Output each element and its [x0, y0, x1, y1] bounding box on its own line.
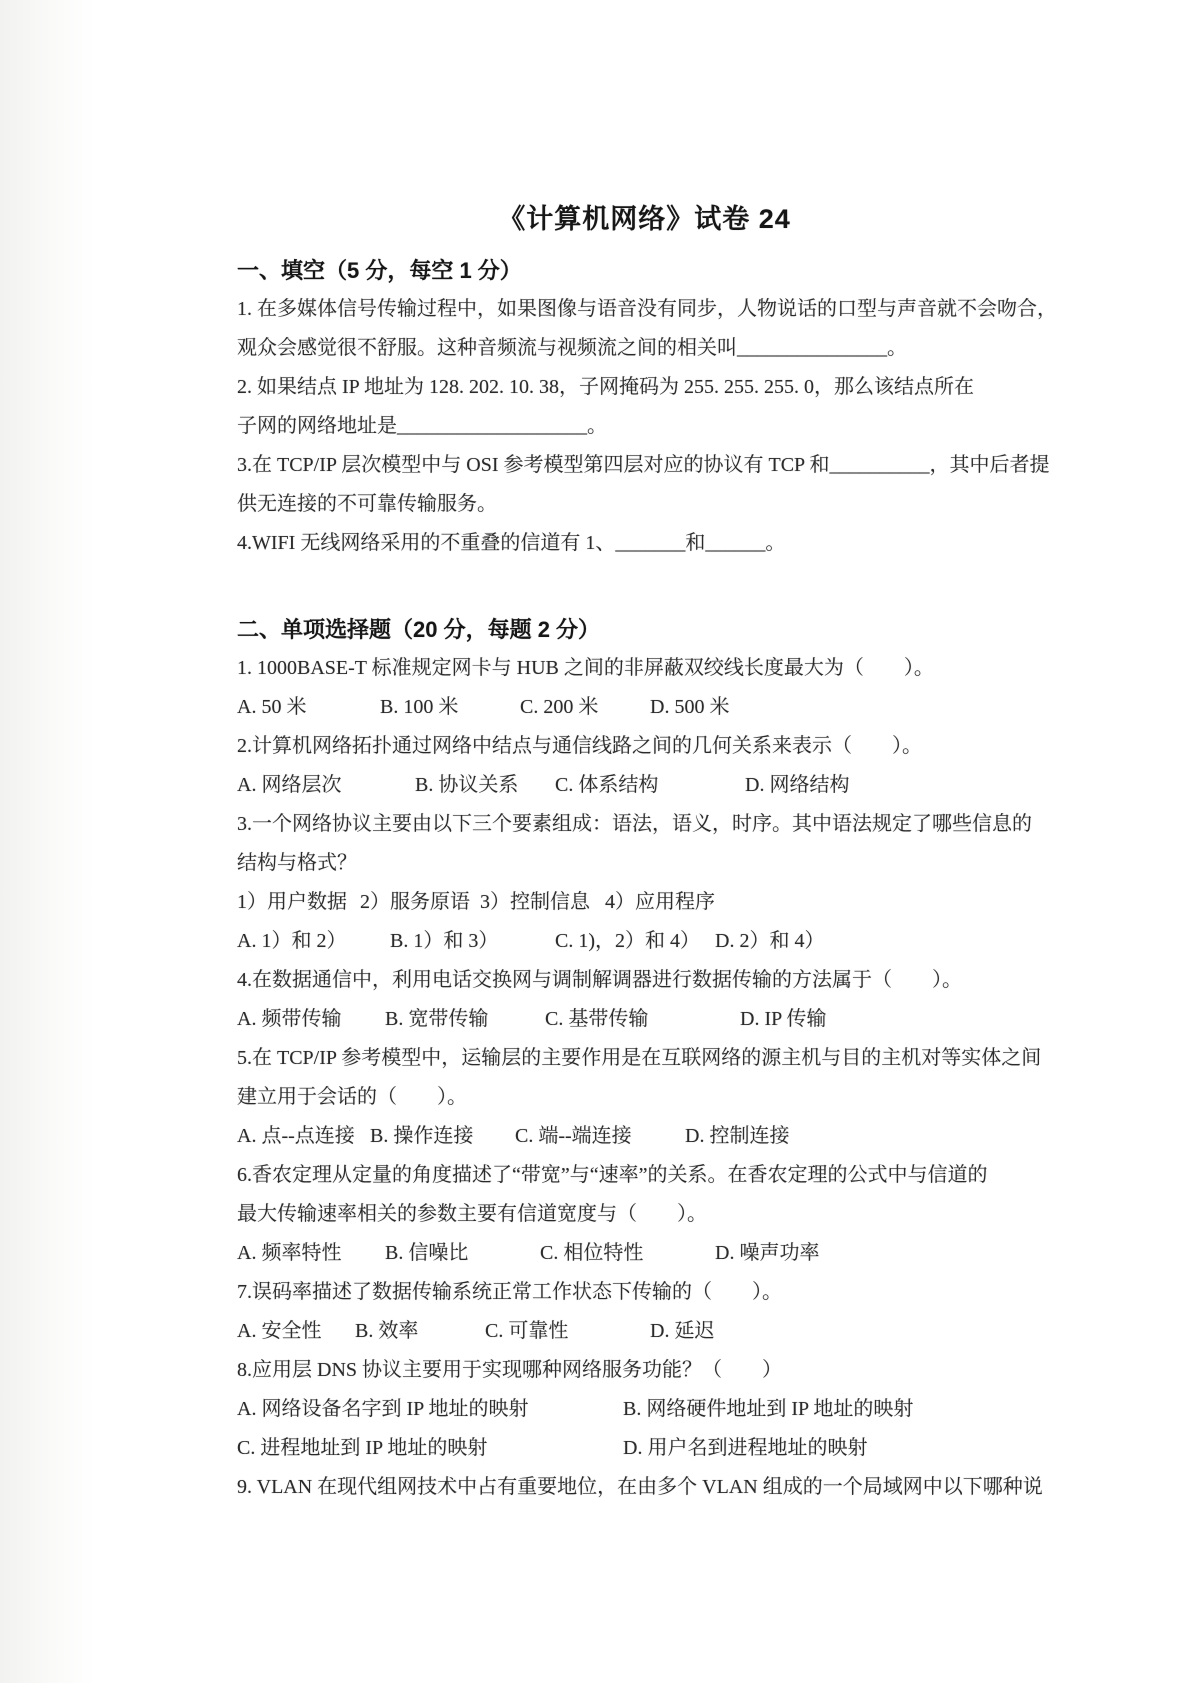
mc-q2-option-d: D. 网络结构 — [745, 766, 849, 805]
mc-q3-option-a: A. 1）和 2） — [237, 922, 346, 961]
mc-q2-text: 2.计算机网络拓扑通过网络中结点与通信线路之间的几何关系来表示（ ）。 — [237, 727, 1052, 766]
mc-q6-option-d: D. 噪声功率 — [715, 1234, 819, 1273]
mc-q3-options: A. 1）和 2） B. 1）和 3） C. 1)，2）和 4） D. 2）和 … — [237, 922, 1052, 961]
mc-q6-option-b: B. 信噪比 — [385, 1234, 468, 1273]
mc-q5-text-line2: 建立用于会话的（ ）。 — [237, 1078, 1052, 1117]
page-title: 《计算机网络》试卷 24 — [237, 200, 1052, 239]
mc-q3-text-line1: 3.一个网络协议主要由以下三个要素组成：语法，语义，时序。其中语法规定了哪些信息… — [237, 805, 1052, 844]
mc-q6-text-line2: 最大传输速率相关的参数主要有信道宽度与（ ）。 — [237, 1195, 1052, 1234]
mc-q5-option-d: D. 控制连接 — [685, 1117, 789, 1156]
fill-q2-line2: 子网的网络地址是___________________。 — [237, 407, 1052, 446]
mc-q7-option-d: D. 延迟 — [650, 1312, 714, 1351]
section-mc-heading: 二、单项选择题（20 分，每题 2 分） — [237, 610, 1052, 649]
fill-q3-line2: 供无连接的不可靠传输服务。 — [237, 485, 1052, 524]
mc-q2-option-a: A. 网络层次 — [237, 766, 341, 805]
mc-q5-option-c: C. 端--端连接 — [515, 1117, 632, 1156]
mc-q4-option-a: A. 频带传输 — [237, 1000, 341, 1039]
mc-q5-options: A. 点--点连接 B. 操作连接 C. 端--端连接 D. 控制连接 — [237, 1117, 1052, 1156]
fill-q4: 4.WIFI 无线网络采用的不重叠的信道有 1、_______和______。 — [237, 524, 1052, 563]
mc-q5-text-line1: 5.在 TCP/IP 参考模型中，运输层的主要作用是在互联网络的源主机与目的主机… — [237, 1039, 1052, 1078]
mc-q7-option-c: C. 可靠性 — [485, 1312, 568, 1351]
mc-q2-option-c: C. 体系结构 — [555, 766, 658, 805]
mc-q1-option-c: C. 200 米 — [520, 688, 598, 727]
mc-q6-options: A. 频率特性 B. 信噪比 C. 相位特性 D. 噪声功率 — [237, 1234, 1052, 1273]
mc-q7-options: A. 安全性 B. 效率 C. 可靠性 D. 延迟 — [237, 1312, 1052, 1351]
mc-q1-option-d: D. 500 米 — [650, 688, 729, 727]
mc-q1-text: 1. 1000BASE-T 标准规定网卡与 HUB 之间的非屏蔽双绞线长度最大为… — [237, 649, 1052, 688]
mc-q3-option-c: C. 1)，2）和 4） — [555, 922, 700, 961]
mc-q1-options: A. 50 米 B. 100 米 C. 200 米 D. 500 米 — [237, 688, 1052, 727]
mc-q1-option-b: B. 100 米 — [380, 688, 458, 727]
mc-q1-option-a: A. 50 米 — [237, 688, 306, 727]
fill-q2-line1: 2. 如果结点 IP 地址为 128. 202. 10. 38，子网掩码为 25… — [237, 368, 1052, 407]
mc-q8-options-row1: A. 网络设备名字到 IP 地址的映射 B. 网络硬件地址到 IP 地址的映射 — [237, 1390, 1052, 1429]
mc-q8-options-row2: C. 进程地址到 IP 地址的映射 D. 用户名到进程地址的映射 — [237, 1429, 1052, 1468]
mc-q6-text-line1: 6.香农定理从定量的角度描述了“带宽”与“速率”的关系。在香农定理的公式中与信道… — [237, 1156, 1052, 1195]
mc-q4-options: A. 频带传输 B. 宽带传输 C. 基带传输 D. IP 传输 — [237, 1000, 1052, 1039]
mc-q8-option-d: D. 用户名到进程地址的映射 — [623, 1429, 867, 1468]
mc-q8-option-b: B. 网络硬件地址到 IP 地址的映射 — [623, 1390, 913, 1429]
scan-edge-shadow — [0, 0, 95, 1683]
mc-q3-option-d: D. 2）和 4） — [715, 922, 824, 961]
mc-q3-items: 1）用户数据 2）服务原语 3）控制信息 4）应用程序 — [237, 883, 1052, 922]
mc-q3-item-4: 4）应用程序 — [605, 883, 715, 922]
mc-q2-option-b: B. 协议关系 — [415, 766, 518, 805]
mc-q8-option-a: A. 网络设备名字到 IP 地址的映射 — [237, 1390, 528, 1429]
mc-q3-text-line2: 结构与格式？ — [237, 844, 1052, 883]
mc-q5-option-a: A. 点--点连接 — [237, 1117, 355, 1156]
mc-q6-option-c: C. 相位特性 — [540, 1234, 643, 1273]
mc-q3-option-b: B. 1）和 3） — [390, 922, 498, 961]
mc-q6-option-a: A. 频率特性 — [237, 1234, 341, 1273]
fill-q1-line1: 1. 在多媒体信号传输过程中，如果图像与语音没有同步，人物说话的口型与声音就不会… — [237, 290, 1052, 329]
mc-q3-item-2: 2）服务原语 — [360, 883, 470, 922]
mc-q7-option-b: B. 效率 — [355, 1312, 418, 1351]
mc-q8-text: 8.应用层 DNS 协议主要用于实现哪种网络服务功能？（ ） — [237, 1351, 1052, 1390]
fill-q3-line1: 3.在 TCP/IP 层次模型中与 OSI 参考模型第四层对应的协议有 TCP … — [237, 446, 1052, 485]
mc-q4-option-c: C. 基带传输 — [545, 1000, 648, 1039]
mc-q8-option-c: C. 进程地址到 IP 地址的映射 — [237, 1429, 487, 1468]
mc-q3-item-3: 3）控制信息 — [480, 883, 590, 922]
fill-q1-line2: 观众会感觉很不舒服。这种音频流与视频流之间的相关叫_______________… — [237, 329, 1052, 368]
mc-q7-text: 7.误码率描述了数据传输系统正常工作状态下传输的（ ）。 — [237, 1273, 1052, 1312]
mc-q3-item-1: 1）用户数据 — [237, 883, 347, 922]
mc-q4-text: 4.在数据通信中，利用电话交换网与调制解调器进行数据传输的方法属于（ ）。 — [237, 961, 1052, 1000]
mc-q2-options: A. 网络层次 B. 协议关系 C. 体系结构 D. 网络结构 — [237, 766, 1052, 805]
section-gap — [237, 563, 1052, 602]
mc-q5-option-b: B. 操作连接 — [370, 1117, 473, 1156]
mc-q4-option-d: D. IP 传输 — [740, 1000, 826, 1039]
section-fill-heading: 一、填空（5 分，每空 1 分） — [237, 251, 1052, 290]
exam-page: 《计算机网络》试卷 24 一、填空（5 分，每空 1 分） 1. 在多媒体信号传… — [237, 0, 1052, 1507]
mc-q9-text: 9. VLAN 在现代组网技术中占有重要地位，在由多个 VLAN 组成的一个局域… — [237, 1468, 1052, 1507]
mc-q7-option-a: A. 安全性 — [237, 1312, 321, 1351]
mc-q4-option-b: B. 宽带传输 — [385, 1000, 488, 1039]
